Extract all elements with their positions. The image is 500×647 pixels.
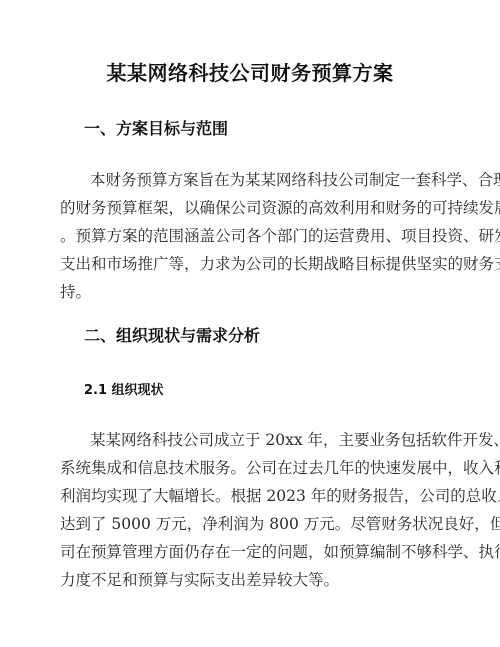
paragraph-line: 。预算方案的范围涵盖公司各个部门的运营费用、项目投资、研发 [60, 222, 438, 250]
paragraph-line: 利润均实现了大幅增长。根据 2023 年的财务报告，公司的总收入 [60, 482, 438, 510]
paragraph-line: 力度不足和预算与实际支出差异较大等。 [60, 566, 438, 594]
paragraph-line: 司在预算管理方面仍存在一定的问题，如预算编制不够科学、执行 [60, 538, 438, 566]
paragraph-line: 持。 [60, 278, 438, 306]
subsection-heading-org-status: 2.1 组织现状 [84, 382, 164, 400]
paragraph-line: 系统集成和信息技术服务。公司在过去几年的快速发展中，收入和 [60, 454, 438, 482]
paragraph-line: 的财务预算框架，以确保公司资源的高效利用和财务的可持续发展 [60, 194, 438, 222]
document-title: 某某网络科技公司财务预算方案 [0, 60, 500, 86]
document-page: 某某网络科技公司财务预算方案 一、方案目标与范围 本财务预算方案旨在为某某网络科… [0, 0, 500, 647]
paragraph-org-status: 某某网络科技公司成立于 20xx 年，主要业务包括软件开发、 系统集成和信息技术… [60, 426, 438, 594]
paragraph-line: 支出和市场推广等，力求为公司的长期战略目标提供坚实的财务支 [60, 250, 438, 278]
paragraph-line: 达到了 5000 万元，净利润为 800 万元。尽管财务状况良好，但公 [60, 510, 438, 538]
paragraph-goals-scope: 本财务预算方案旨在为某某网络科技公司制定一套科学、合理 的财务预算框架，以确保公… [60, 166, 438, 306]
section-heading-goals-scope: 一、方案目标与范围 [84, 118, 228, 140]
paragraph-line: 本财务预算方案旨在为某某网络科技公司制定一套科学、合理 [60, 166, 438, 194]
paragraph-line: 某某网络科技公司成立于 20xx 年，主要业务包括软件开发、 [60, 426, 438, 454]
section-heading-org-analysis: 二、组织现状与需求分析 [84, 325, 260, 347]
